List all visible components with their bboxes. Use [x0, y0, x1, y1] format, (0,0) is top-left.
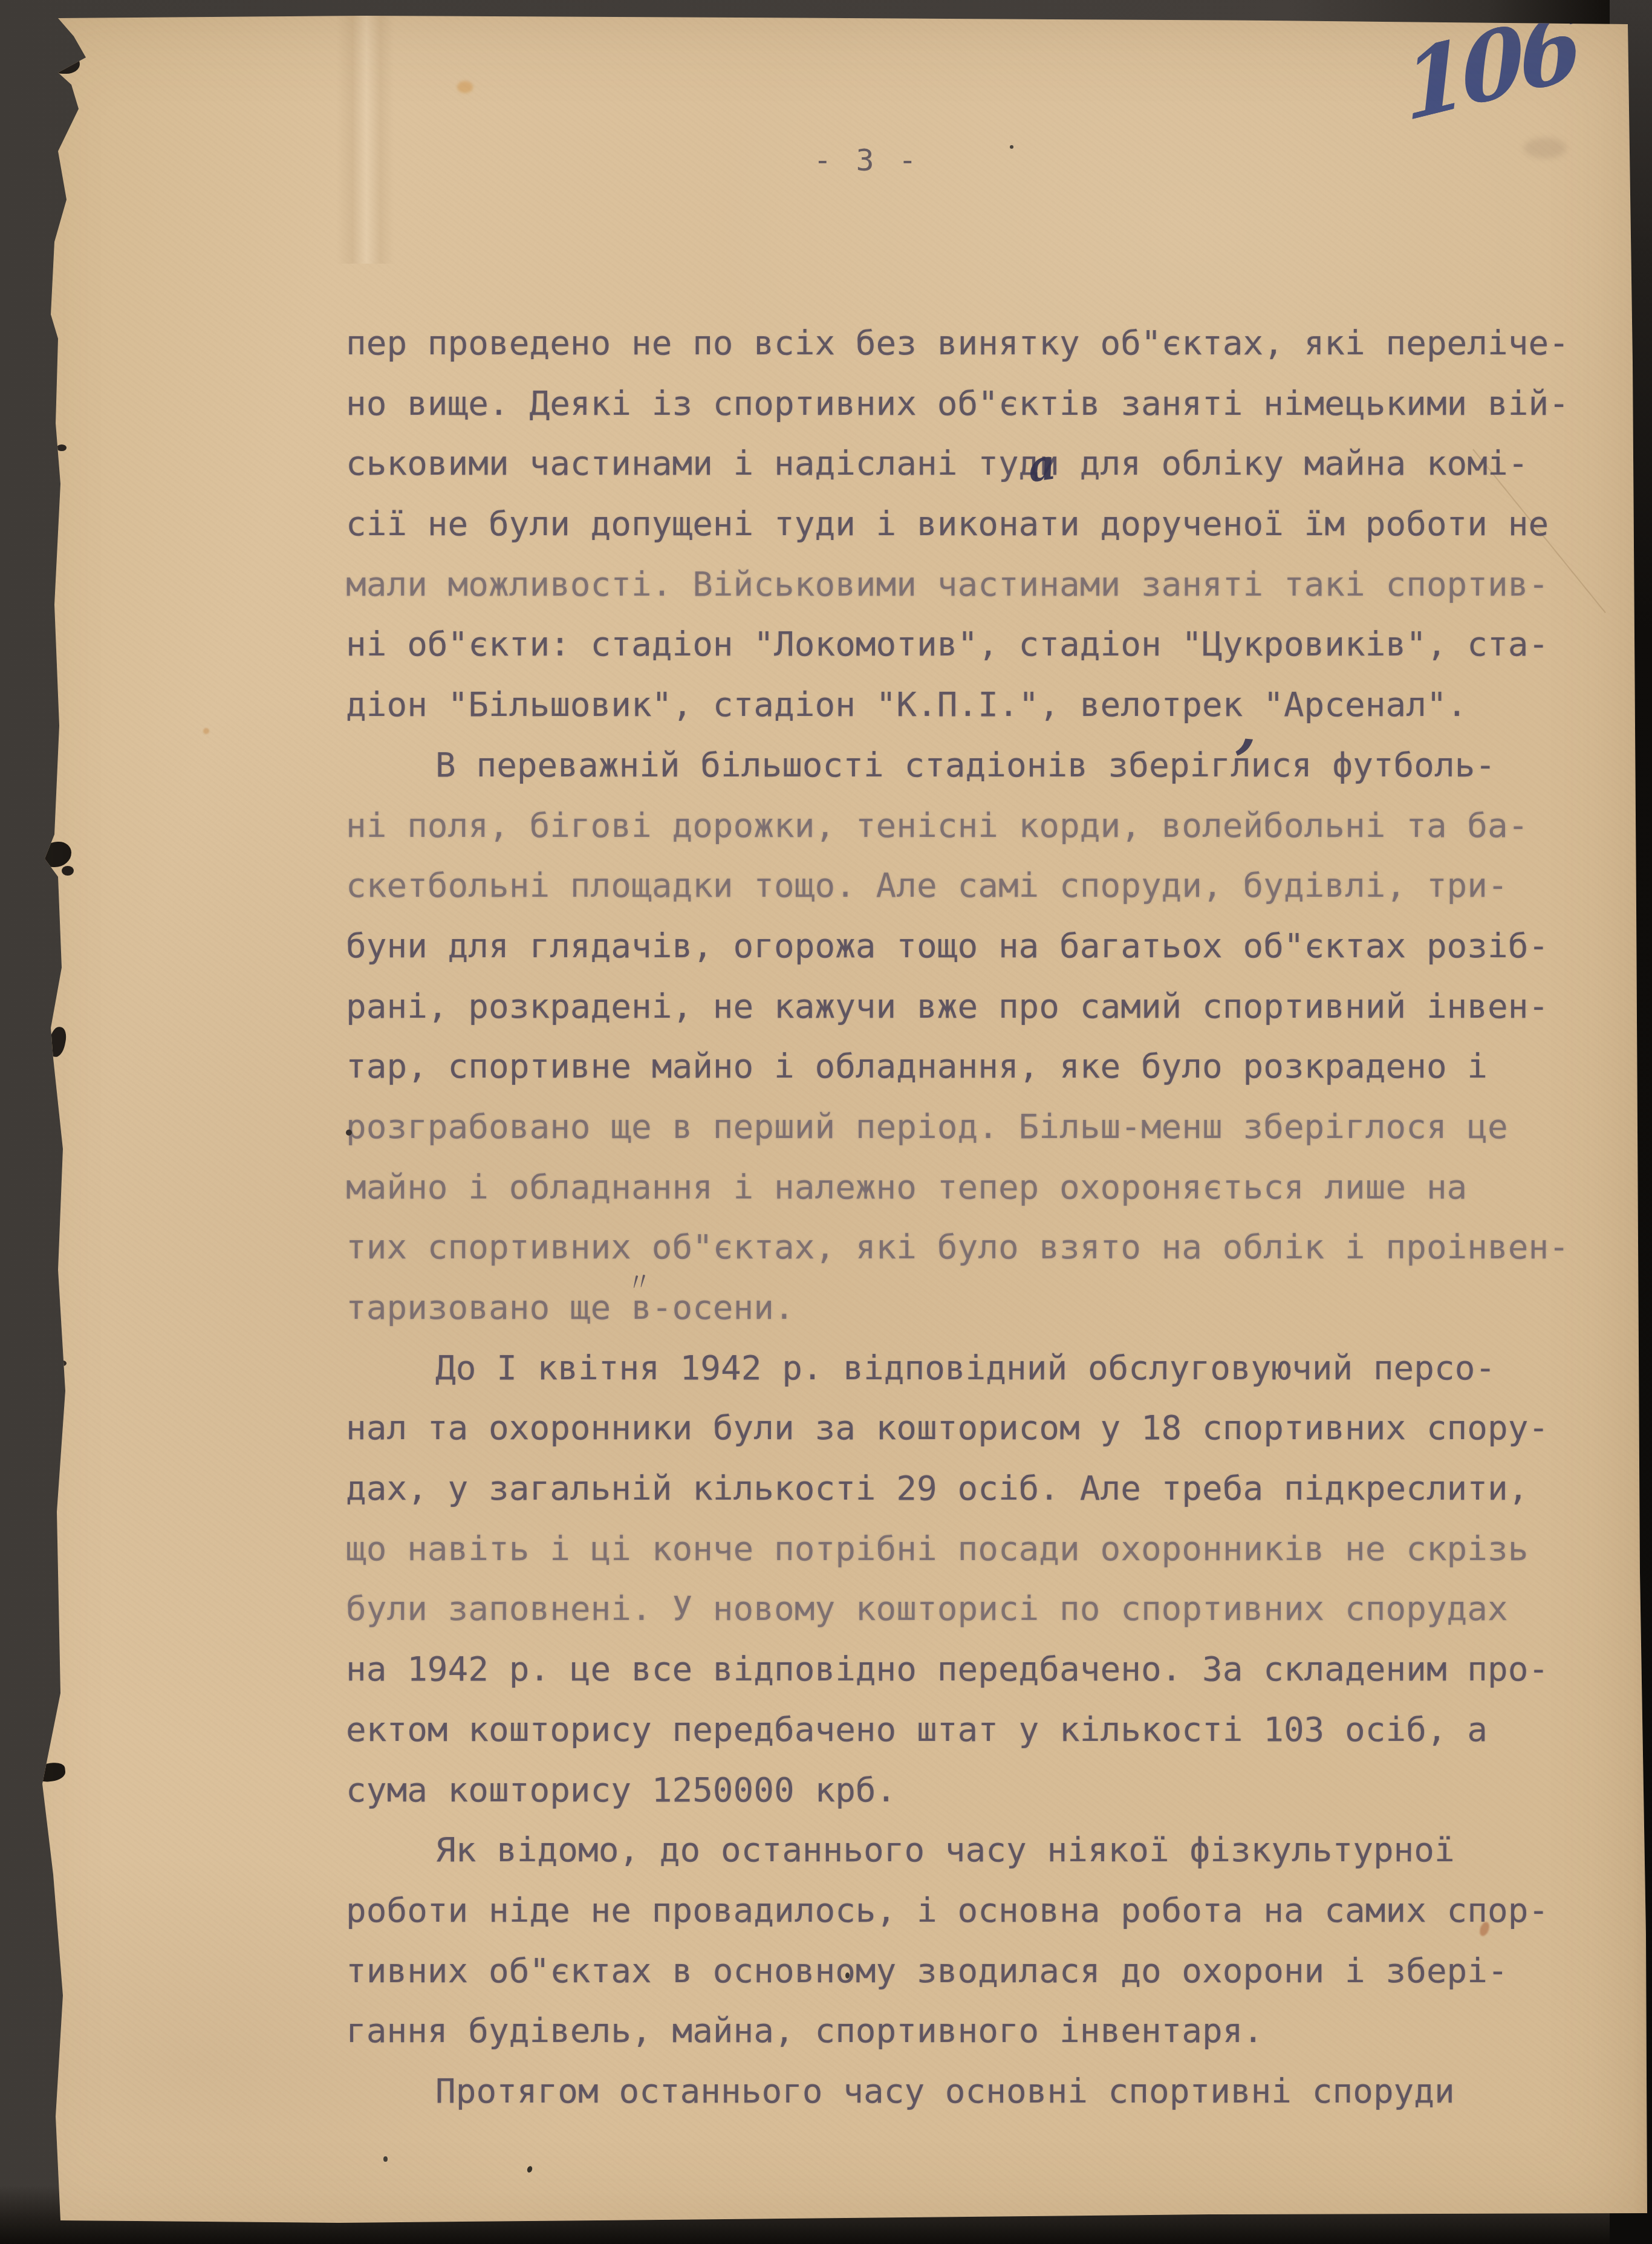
text-line: До І квітня 1942 р. відповідний обслугов… [346, 1338, 1592, 1399]
text-line: мали можливості. Військовими частинами з… [346, 554, 1592, 615]
text-line: тивних об"єктах в основному зводилася до… [346, 1941, 1592, 2002]
paper-damage-spot [52, 53, 80, 74]
text-line: Протягом останнього часу основні спортив… [346, 2061, 1592, 2122]
paper-crease [336, 16, 394, 264]
handwritten-insertion-mark: 〃 [625, 1261, 654, 1300]
folio-number-handwritten: 106 [1401, 0, 1579, 134]
text-line: рані, розкрадені, не кажучи вже про сами… [346, 977, 1592, 1037]
ink-stain [59, 1361, 67, 1366]
text-line: ні поля, бігові дорожки, тенісні корди, … [346, 796, 1592, 856]
text-line: пер проведено не по всіх без винятку об"… [346, 313, 1592, 374]
text-line: В переважній більшості стадіонів зберігл… [346, 735, 1592, 796]
typewritten-text-block: пер проведено не по всіх без винятку об"… [346, 313, 1592, 2122]
text-line: гання будівель, майна, спортивного інвен… [346, 2001, 1592, 2061]
page-number: - 3 - [797, 143, 936, 178]
text-line: були заповнені. У новому кошторисі по сп… [346, 1579, 1592, 1639]
document-page: 106 - 3 - пер проведено не по всіх без в… [0, 0, 1652, 2244]
text-line: сії не були допущені туди і виконати дор… [346, 494, 1592, 554]
text-line: тар, спортивне майно і обладнання, яке б… [346, 1036, 1592, 1097]
ink-stain [42, 842, 71, 867]
text-line: дах, у загальній кількості 29 осіб. Але … [346, 1459, 1592, 1519]
ink-stain [62, 866, 74, 876]
paper-stain [203, 728, 209, 734]
ink-speck [1010, 145, 1013, 149]
text-line: тих спортивних об"єктах, які було взято … [346, 1217, 1592, 1278]
text-line: що навіть і ці конче потрібні посади охо… [346, 1519, 1592, 1579]
scan-background: 106 - 3 - пер проведено не по всіх без в… [0, 0, 1652, 2244]
text-line: Як відомо, до останнього часу ніякої фіз… [346, 1820, 1592, 1881]
text-line: діон "Більшовик", стадіон "К.П.І.", вело… [346, 675, 1592, 735]
text-line: ні об"єкти: стадіон "Локомотив", стадіон… [346, 614, 1592, 675]
text-line: буни для глядачів, огорожа тощо на багат… [346, 916, 1592, 977]
text-line: нал та охоронники були за кошторисом у 1… [346, 1398, 1592, 1459]
text-line: ектом кошторису передбачено штат у кільк… [346, 1700, 1592, 1760]
text-line: но вище. Деякі із спортивних об"єктів за… [346, 374, 1592, 434]
ink-stain [34, 96, 63, 112]
ink-stain [47, 1026, 68, 1058]
ink-speck [383, 2156, 388, 2162]
paper-stain [457, 81, 473, 93]
text-line: ськовими частинами і надіслані туди для … [346, 434, 1592, 494]
ink-stain [33, 1761, 67, 1783]
text-line: майно і обладнання і належно тепер охоро… [346, 1157, 1592, 1218]
text-line: розграбовано ще в перший період. Більш-м… [346, 1097, 1592, 1157]
ink-speck [526, 2165, 533, 2173]
ink-stain [57, 444, 67, 451]
text-line: на 1942 р. це все відповідно передбачено… [346, 1639, 1592, 1700]
text-line: таризовано ще в-осени. [346, 1278, 1592, 1338]
text-line: роботи ніде не провадилось, і основна ро… [346, 1881, 1592, 1941]
text-line: сума кошторису 1250000 крб. [346, 1760, 1592, 1821]
paper-stain [1524, 138, 1566, 158]
text-line: скетбольні площадки тощо. Але самі спору… [346, 856, 1592, 916]
